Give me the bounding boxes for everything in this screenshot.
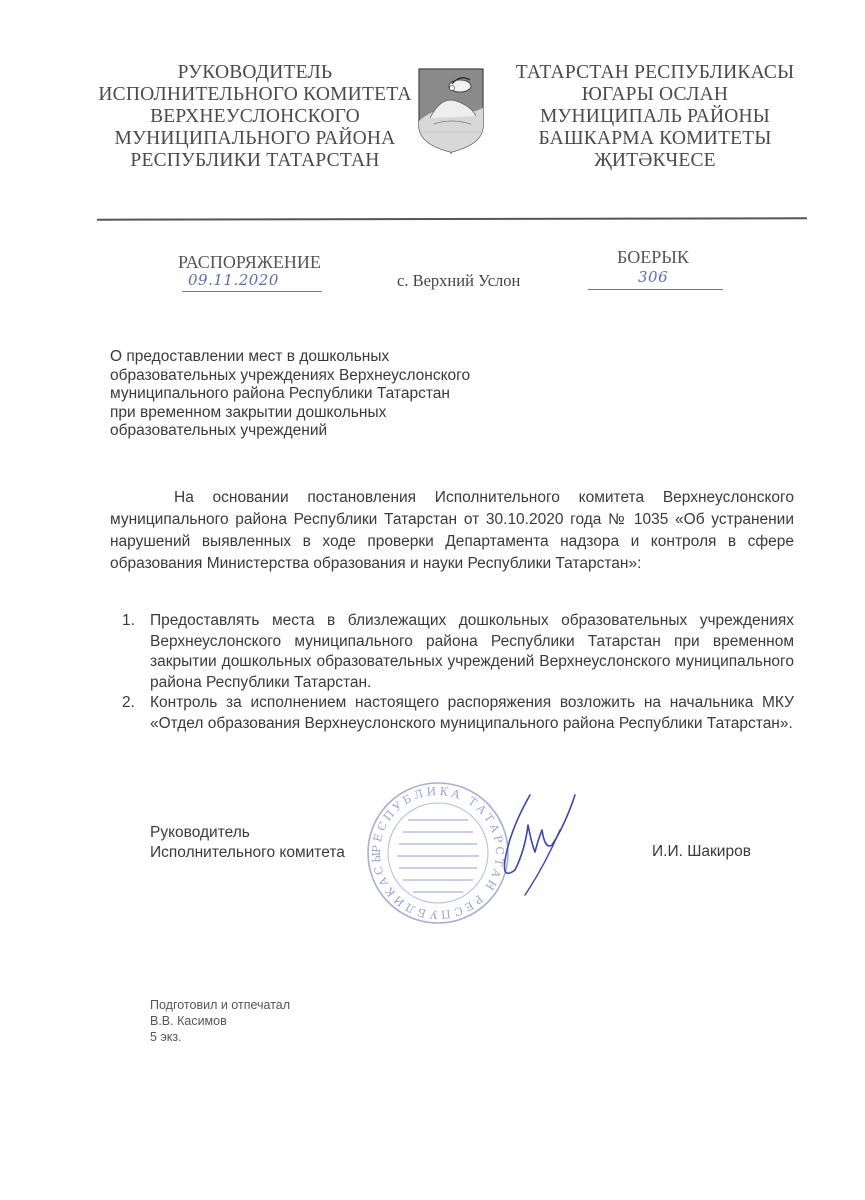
- header-right-line: ЮГАРЫ ОСЛАН: [505, 84, 805, 106]
- number-field: 306: [588, 270, 723, 290]
- signatory-title-line: Исполнительного комитета: [150, 843, 345, 863]
- footer-line: 5 экз.: [150, 1029, 290, 1045]
- order-item-number: 2.: [122, 693, 135, 714]
- subject-line: муниципального района Республики Татарст…: [110, 385, 530, 404]
- header-right-line: ҖИТӘКЧЕСЕ: [505, 150, 805, 172]
- document-type-tt: БОЕРЫК: [617, 247, 689, 268]
- order-item: 1. Предоставлять места в близлежащих дош…: [110, 611, 794, 693]
- header-left-russian: РУКОВОДИТЕЛЬ ИСПОЛНИТЕЛЬНОГО КОМИТЕТА ВЕ…: [95, 62, 415, 172]
- prepared-by-footer: Подготовил и отпечатал В.В. Касимов 5 эк…: [150, 997, 290, 1045]
- header-left-line: РЕСПУБЛИКИ ТАТАРСТАН: [95, 150, 415, 172]
- header-left-line: ВЕРХНЕУСЛОНСКОГО: [95, 106, 415, 128]
- date-field: 09.11.2020: [182, 272, 322, 292]
- order-item-text: Контроль за исполнением настоящего распо…: [150, 694, 794, 732]
- document-subject: О предоставлении мест в дошкольных образ…: [110, 348, 530, 441]
- signatory-title: Руководитель Исполнительного комитета: [150, 823, 345, 863]
- place-name: с. Верхний Услон: [397, 271, 520, 291]
- order-items-list: 1. Предоставлять места в близлежащих дош…: [110, 611, 794, 734]
- subject-line: образовательных учреждениях Верхнеуслонс…: [110, 367, 530, 386]
- signatory-title-line: Руководитель: [150, 823, 345, 843]
- coat-of-arms-icon: [416, 66, 486, 154]
- header-right-line: ТАТАРСТАН РЕСПУБЛИКАСЫ: [505, 62, 805, 84]
- svg-text:РЕСПУБЛИКА ТАТАРСТАН РЕСПУБЛИК: РЕСПУБЛИКА ТАТАРСТАН РЕСПУБЛИКАСЫ: [370, 785, 506, 922]
- signatory-name: И.И. Шакиров: [652, 843, 751, 861]
- header-left-line: ИСПОЛНИТЕЛЬНОГО КОМИТЕТА: [95, 84, 415, 106]
- header-left-line: МУНИЦИПАЛЬНОГО РАЙОНА: [95, 128, 415, 150]
- preamble-paragraph: На основании постановления Исполнительно…: [110, 487, 794, 575]
- handwritten-signature-icon: [490, 790, 590, 900]
- document-type-ru: РАСПОРЯЖЕНИЕ: [178, 252, 321, 273]
- subject-line: при временном закрытии дошкольных: [110, 404, 530, 423]
- header-right-tatar: ТАТАРСТАН РЕСПУБЛИКАСЫ ЮГАРЫ ОСЛАН МУНИЦ…: [505, 62, 805, 172]
- order-item: 2. Контроль за исполнением настоящего ра…: [110, 693, 794, 734]
- date-handwritten: 09.11.2020: [188, 271, 279, 289]
- footer-line: Подготовил и отпечатал: [150, 997, 290, 1013]
- header-right-line: МУНИЦИПАЛЬ РАЙОНЫ: [505, 106, 805, 128]
- subject-line: образовательных учреждений: [110, 422, 530, 441]
- footer-line: В.В. Касимов: [150, 1013, 290, 1029]
- order-item-number: 1.: [122, 611, 135, 632]
- header-right-line: БАШКАРМА КОМИТЕТЫ: [505, 128, 805, 150]
- order-item-text: Предоставлять места в близлежащих дошкол…: [150, 612, 794, 691]
- header-left-line: РУКОВОДИТЕЛЬ: [95, 62, 415, 84]
- header-divider: [97, 217, 807, 220]
- subject-line: О предоставлении мест в дошкольных: [110, 348, 530, 367]
- number-handwritten: 306: [638, 268, 668, 286]
